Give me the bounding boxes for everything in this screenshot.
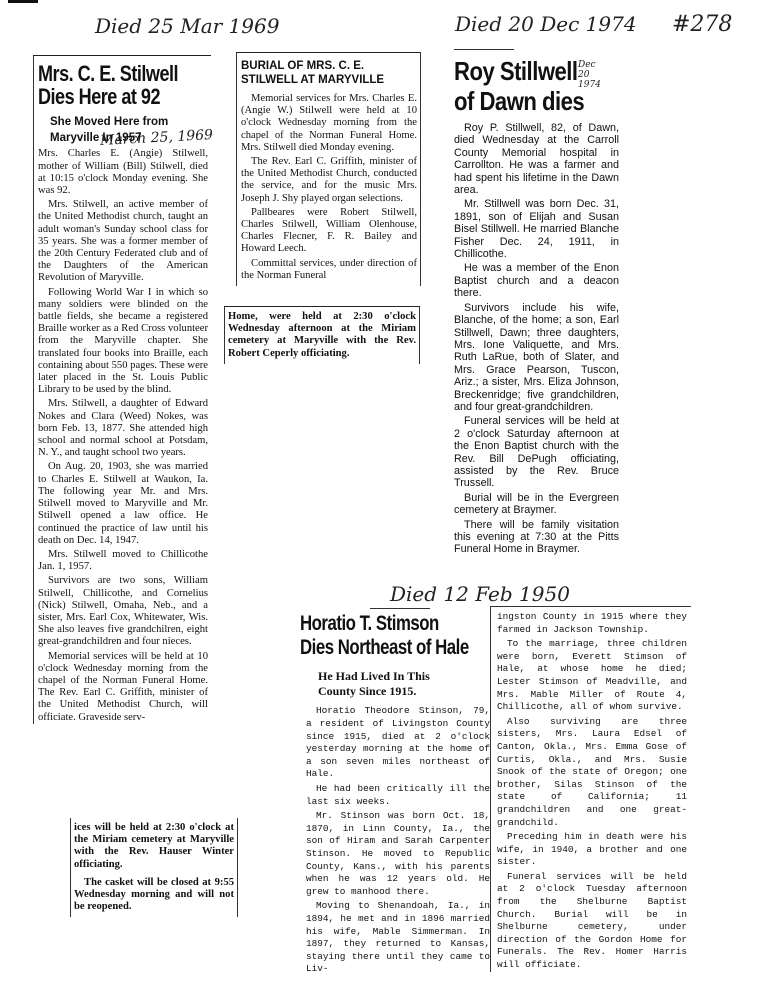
stimson-paragraph: He had been critically ill the last six … bbox=[306, 783, 490, 808]
roy-paragraph: There will be family visitation this eve… bbox=[454, 519, 619, 556]
burial-paragraph: The Rev. Earl C. Griffith, minister of t… bbox=[241, 156, 417, 205]
roy-paragraph: Survivors include his wife, Blanche, of … bbox=[454, 302, 619, 414]
roy-headline-line2: of Dawn dies bbox=[454, 86, 594, 116]
roy-body: Roy P. Stillwell, 82, of Dawn, died Wedn… bbox=[454, 122, 619, 556]
burial-body: Memorial services for Mrs. Charles E. (A… bbox=[241, 93, 417, 282]
stimson-paragraph: Also surviving are three sisters, Mrs. L… bbox=[497, 716, 687, 829]
roy-paragraph: Roy P. Stillwell, 82, of Dawn, died Wedn… bbox=[454, 122, 619, 196]
clipping-roy-stillwell-obituary: Roy Stillwell of Dawn dies Roy P. Stillw… bbox=[452, 45, 621, 560]
burial-continued-text: Home, were held at 2:30 o'clock Wednesda… bbox=[228, 311, 416, 360]
clipping-stilwell-obituary: Mrs. C. E. Stilwell Dies Here at 92 She … bbox=[33, 55, 211, 724]
stimson-subhead-line2: County Since 1915. bbox=[318, 685, 490, 697]
roy-paragraph: Burial will be in the Evergreen cemetery… bbox=[454, 492, 619, 517]
stilwell-paragraph: Mrs. Stilwell moved to Chillicothe Jan. … bbox=[38, 549, 208, 573]
stilwell-headline-line1: Mrs. C. E. Stilwell bbox=[38, 62, 177, 85]
scan-edge-mark bbox=[8, 0, 38, 3]
roy-paragraph: Mr. Stillwell was born Dec. 31, 1891, so… bbox=[454, 198, 619, 260]
handwritten-page-number: #278 bbox=[672, 12, 732, 37]
roy-headline-line1: Roy Stillwell bbox=[454, 56, 594, 86]
stimson-paragraph: Funeral services will be held at 2 o'clo… bbox=[497, 871, 687, 972]
handwritten-date-stimson: Died 12 Feb 1950 bbox=[390, 582, 570, 606]
stimson-column-1: Horatio T. Stimson Dies Northeast of Hal… bbox=[300, 612, 490, 976]
stilwell-subhead-line2: Maryville In 1957 bbox=[50, 132, 208, 144]
clipping-stilwell-continued: ices will be held at 2:30 o'clock at the… bbox=[70, 818, 238, 917]
clipping-burial-continued: Home, were held at 2:30 o'clock Wednesda… bbox=[224, 306, 420, 364]
stilwell-paragraph: Following World War I in which so many s… bbox=[38, 287, 208, 397]
stimson-paragraph: Mr. Stinson was born Oct. 18, 1870, in L… bbox=[306, 810, 490, 898]
stilwell-body: Mrs. Charles E. (Angie) Stilwell, mother… bbox=[38, 148, 208, 723]
stimson-col2-body: ingston County in 1915 where they farmed… bbox=[497, 611, 687, 972]
stimson-paragraph: Horatio Theodore Stinson, 79, a resident… bbox=[306, 705, 490, 781]
handwritten-date-roy: Died 20 Dec 1974 bbox=[455, 12, 637, 36]
burial-paragraph: Memorial services for Mrs. Charles E. (A… bbox=[241, 93, 417, 154]
burial-paragraph: Committal services, under direction of t… bbox=[241, 258, 417, 282]
clipping-burial-notice: BURIAL OF MRS. C. E. STILWELL AT MARYVIL… bbox=[236, 52, 421, 286]
stimson-paragraph: To the marriage, three children were bor… bbox=[497, 638, 687, 714]
stimson-headline-line1: Horatio T. Stimson bbox=[300, 612, 452, 636]
stilwell-paragraph: Survivors are two sons, William Stilwell… bbox=[38, 575, 208, 648]
stilwell-closing-text: The casket will be closed at 9:55 Wednes… bbox=[74, 877, 234, 914]
stimson-column-2: ingston County in 1915 where they farmed… bbox=[490, 606, 691, 972]
burial-paragraph: Pallbeares were Robert Stilwell, Charles… bbox=[241, 207, 417, 256]
stilwell-subhead-line1: She Moved Here from bbox=[50, 116, 208, 128]
stilwell-paragraph: On Aug. 20, 1903, she was married to Cha… bbox=[38, 461, 208, 546]
stilwell-paragraph: Memorial services will be held at 10 o'c… bbox=[38, 651, 208, 724]
stimson-paragraph: ingston County in 1915 where they farmed… bbox=[497, 611, 687, 636]
stimson-headline-line2: Dies Northeast of Hale bbox=[300, 636, 452, 660]
handwritten-date-stilwell: Died 25 Mar 1969 bbox=[95, 14, 279, 38]
stilwell-paragraph: Mrs. Stilwell, an active member of the U… bbox=[38, 199, 208, 284]
stilwell-headline-line2: Dies Here at 92 bbox=[38, 85, 177, 108]
stimson-col1-body: Horatio Theodore Stinson, 79, a resident… bbox=[300, 705, 490, 975]
headline-rule bbox=[370, 608, 430, 609]
stimson-paragraph: Moving to Shenandoah, Ia., in 1894, he m… bbox=[306, 900, 490, 976]
stimson-subhead-line1: He Had Lived In This bbox=[318, 670, 490, 682]
stilwell-continued-text: ices will be held at 2:30 o'clock at the… bbox=[74, 822, 234, 871]
burial-headline: BURIAL OF MRS. C. E. STILWELL AT MARYVIL… bbox=[241, 59, 417, 87]
stilwell-paragraph: Mrs. Charles E. (Angie) Stilwell, mother… bbox=[38, 148, 208, 197]
stimson-paragraph: Preceding him in death were his wife, in… bbox=[497, 831, 687, 869]
roy-paragraph: Funeral services will be held at 2 o'clo… bbox=[454, 415, 619, 489]
headline-rule bbox=[454, 49, 514, 50]
stilwell-paragraph: Mrs. Stilwell, a daughter of Edward Noke… bbox=[38, 398, 208, 459]
roy-paragraph: He was a member of the Enon Baptist chur… bbox=[454, 262, 619, 299]
